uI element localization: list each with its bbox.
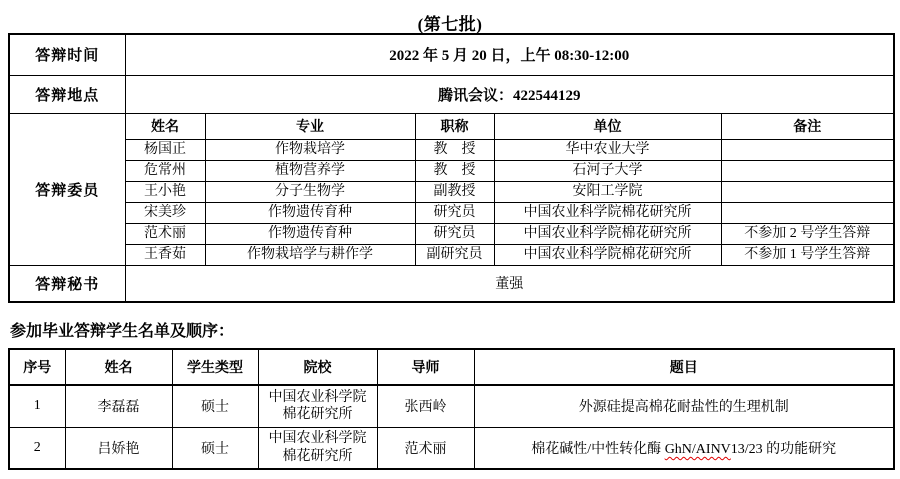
- member-org: 中国农业科学院棉花研究所: [494, 244, 721, 265]
- student-type: 硕士: [172, 427, 258, 469]
- student-name: 吕娇艳: [65, 427, 172, 469]
- defense-schedule-table: 答辩时间 2022 年 5 月 20 日，上午 08:30-12:00 答辩地点…: [8, 33, 895, 303]
- member-major: 作物栽培学与耕作学: [205, 244, 415, 265]
- member-title: 副研究员: [415, 244, 494, 265]
- member-org: 石河子大学: [494, 160, 721, 181]
- committee-col-major: 专业: [205, 113, 415, 139]
- student-advisor: 范术丽: [377, 427, 474, 469]
- member-major: 作物遗传育种: [205, 223, 415, 244]
- member-org: 安阳工学院: [494, 181, 721, 202]
- students-col-topic: 题目: [474, 349, 894, 385]
- member-note: [721, 202, 894, 223]
- member-org: 华中农业大学: [494, 139, 721, 160]
- committee-header-row: 答辩委员 姓名 专业 职称 单位 备注: [9, 113, 894, 139]
- committee-member-row: 杨国正 作物栽培学 教 授 华中农业大学: [9, 139, 894, 160]
- committee-member-row: 危常州 植物营养学 教 授 石河子大学: [9, 160, 894, 181]
- students-col-name: 姓名: [65, 349, 172, 385]
- member-name: 范术丽: [125, 223, 205, 244]
- secretary-value: 董强: [125, 265, 894, 302]
- member-title: 研究员: [415, 202, 494, 223]
- member-note: [721, 139, 894, 160]
- member-name: 杨国正: [125, 139, 205, 160]
- member-name: 王香茹: [125, 244, 205, 265]
- student-topic-suffix: 13/23 的功能研究: [731, 442, 836, 457]
- member-org: 中国农业科学院棉花研究所: [494, 202, 721, 223]
- member-title: 教 授: [415, 139, 494, 160]
- students-col-school: 院校: [258, 349, 377, 385]
- committee-member-row: 宋美珍 作物遗传育种 研究员 中国农业科学院棉花研究所: [9, 202, 894, 223]
- member-major: 分子生物学: [205, 181, 415, 202]
- defense-location-row: 答辩地点 腾讯会议：422544129: [9, 75, 894, 113]
- student-school-text: 中国农业科学院棉花研究所: [268, 389, 368, 424]
- member-major: 作物遗传育种: [205, 202, 415, 223]
- member-note: 不参加 1 号学生答辩: [721, 244, 894, 265]
- committee-col-title: 职称: [415, 113, 494, 139]
- students-col-advisor: 导师: [377, 349, 474, 385]
- student-name: 李磊磊: [65, 385, 172, 427]
- secretary-row: 答辩秘书 董强: [9, 265, 894, 302]
- member-title: 教 授: [415, 160, 494, 181]
- student-school: 中国农业科学院棉花研究所: [258, 427, 377, 469]
- member-name: 宋美珍: [125, 202, 205, 223]
- student-row: 1 李磊磊 硕士 中国农业科学院棉花研究所 张西岭 外源硅提高棉花耐盐性的生理机…: [9, 385, 894, 427]
- students-col-no: 序号: [9, 349, 65, 385]
- students-table: 序号 姓名 学生类型 院校 导师 题目 1 李磊磊 硕士 中国农业科学院棉花研究…: [8, 348, 895, 470]
- student-school-text: 中国农业科学院棉花研究所: [268, 430, 368, 465]
- member-title: 副教授: [415, 181, 494, 202]
- committee-member-row: 王香茹 作物栽培学与耕作学 副研究员 中国农业科学院棉花研究所 不参加 1 号学…: [9, 244, 894, 265]
- student-topic: 棉花碱性/中性转化酶 GhN/AINV13/23 的功能研究: [474, 427, 894, 469]
- defense-time-value: 2022 年 5 月 20 日，上午 08:30-12:00: [125, 34, 894, 75]
- defense-time-row: 答辩时间 2022 年 5 月 20 日，上午 08:30-12:00: [9, 34, 894, 75]
- member-name: 危常州: [125, 160, 205, 181]
- student-advisor: 张西岭: [377, 385, 474, 427]
- student-topic-misspelled-term: GhN/AINV: [665, 442, 731, 457]
- member-name: 王小艳: [125, 181, 205, 202]
- member-major: 作物栽培学: [205, 139, 415, 160]
- member-note: 不参加 2 号学生答辩: [721, 223, 894, 244]
- student-topic-prefix: 棉花碱性/中性转化酶: [531, 442, 664, 457]
- student-type: 硕士: [172, 385, 258, 427]
- committee-col-org: 单位: [494, 113, 721, 139]
- student-school: 中国农业科学院棉花研究所: [258, 385, 377, 427]
- students-col-type: 学生类型: [172, 349, 258, 385]
- member-note: [721, 181, 894, 202]
- committee-col-note: 备注: [721, 113, 894, 139]
- defense-location-label: 答辩地点: [9, 75, 125, 113]
- student-topic: 外源硅提高棉花耐盐性的生理机制: [474, 385, 894, 427]
- students-section-heading: 参加毕业答辩学生名单及顺序：: [10, 318, 900, 340]
- member-org: 中国农业科学院棉花研究所: [494, 223, 721, 244]
- defense-location-value: 腾讯会议：422544129: [125, 75, 894, 113]
- student-row: 2 吕娇艳 硕士 中国农业科学院棉花研究所 范术丽 棉花碱性/中性转化酶 GhN…: [9, 427, 894, 469]
- committee-member-row: 王小艳 分子生物学 副教授 安阳工学院: [9, 181, 894, 202]
- member-title: 研究员: [415, 223, 494, 244]
- student-no: 1: [9, 385, 65, 427]
- committee-member-row: 范术丽 作物遗传育种 研究员 中国农业科学院棉花研究所 不参加 2 号学生答辩: [9, 223, 894, 244]
- member-note: [721, 160, 894, 181]
- student-no: 2: [9, 427, 65, 469]
- secretary-label: 答辩秘书: [9, 265, 125, 302]
- defense-time-label: 答辩时间: [9, 34, 125, 75]
- batch-title: (第七批): [0, 0, 900, 33]
- member-major: 植物营养学: [205, 160, 415, 181]
- committee-col-name: 姓名: [125, 113, 205, 139]
- students-header-row: 序号 姓名 学生类型 院校 导师 题目: [9, 349, 894, 385]
- committee-label: 答辩委员: [9, 113, 125, 265]
